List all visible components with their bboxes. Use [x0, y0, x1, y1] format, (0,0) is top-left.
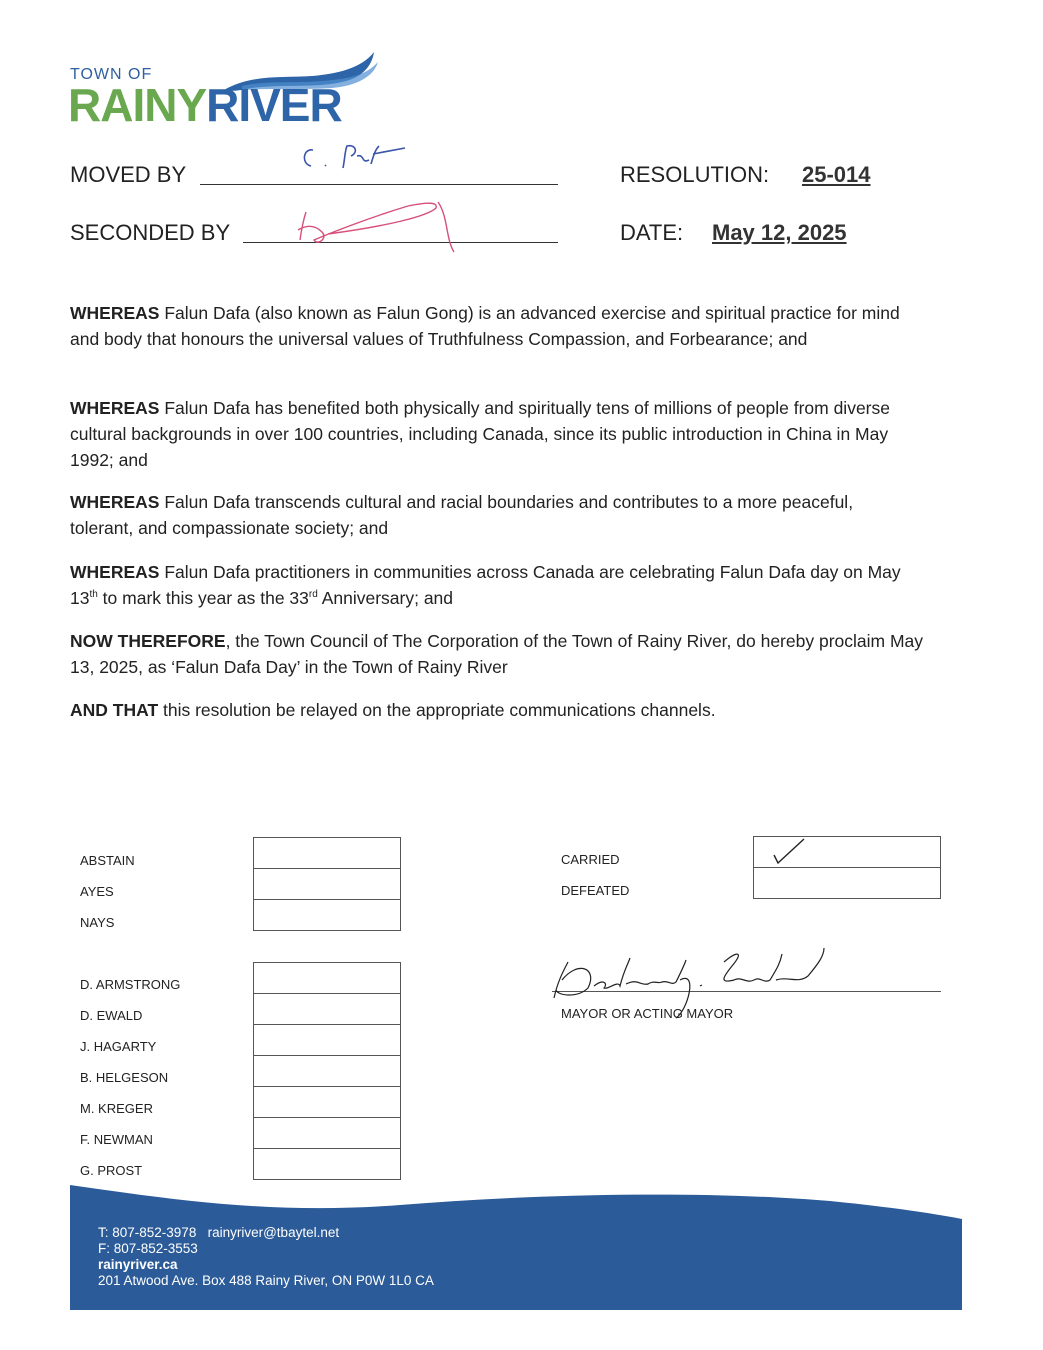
- councillor-vote-box[interactable]: [253, 1117, 401, 1149]
- whereas-paragraph-2: WHEREAS Falun Dafa has benefited both ph…: [70, 395, 930, 473]
- abstain-box[interactable]: [253, 837, 401, 869]
- ayes-label: AYES: [80, 884, 114, 899]
- logo-wordmark: RAINYRIVER: [68, 82, 342, 128]
- logo-river: RIVER: [206, 79, 342, 131]
- councillor-vote-box[interactable]: [253, 1055, 401, 1087]
- nays-label: NAYS: [80, 915, 114, 930]
- moved-by-line: [200, 150, 558, 185]
- footer-fax: F: 807-852-3553: [98, 1241, 198, 1257]
- nays-box[interactable]: [253, 899, 401, 931]
- councillor-name: G. PROST: [80, 1163, 142, 1178]
- whereas-paragraph-3: WHEREAS Falun Dafa transcends cultural a…: [70, 489, 870, 541]
- councillor-name: B. HELGESON: [80, 1070, 168, 1085]
- defeated-label: DEFEATED: [561, 883, 629, 898]
- footer-banner: [70, 1185, 962, 1310]
- abstain-label: ABSTAIN: [80, 853, 135, 868]
- seconded-by-signature-icon: [288, 196, 468, 256]
- whereas-paragraph-1: WHEREAS Falun Dafa (also known as Falun …: [70, 300, 930, 352]
- whereas-paragraph-4: WHEREAS Falun Dafa practitioners in comm…: [70, 559, 930, 611]
- councillor-vote-box[interactable]: [253, 1024, 401, 1056]
- councillor-name: M. KREGER: [80, 1101, 153, 1116]
- resolution-number: 25-014: [802, 162, 871, 188]
- mayor-label: MAYOR OR ACTING MAYOR: [561, 1006, 733, 1021]
- councillor-name: D. EWALD: [80, 1008, 142, 1023]
- defeated-box[interactable]: [753, 867, 941, 899]
- resolution-label: RESOLUTION:: [620, 162, 769, 188]
- councillor-vote-box[interactable]: [253, 993, 401, 1025]
- moved-by-label: MOVED BY: [70, 162, 186, 188]
- seconded-by-label: SECONDED BY: [70, 220, 230, 246]
- checkmark-icon: [770, 837, 810, 867]
- councillor-name: D. ARMSTRONG: [80, 977, 180, 992]
- councillor-vote-box[interactable]: [253, 1148, 401, 1180]
- footer-phone: T: 807-852-3978: [98, 1225, 196, 1240]
- moved-by-signature-icon: [295, 142, 435, 178]
- footer-contact-line: T: 807-852-3978 rainyriver@tbaytel.net: [98, 1225, 339, 1241]
- ayes-box[interactable]: [253, 868, 401, 900]
- logo-rainy: RAINY: [68, 79, 206, 131]
- carried-box[interactable]: [753, 836, 941, 868]
- date-value: May 12, 2025: [712, 220, 847, 246]
- councillor-vote-box[interactable]: [253, 962, 401, 994]
- councillor-name: J. HAGARTY: [80, 1039, 156, 1054]
- footer-address: 201 Atwood Ave. Box 488 Rainy River, ON …: [98, 1273, 434, 1289]
- footer-website[interactable]: rainyriver.ca: [98, 1257, 178, 1273]
- now-therefore-paragraph: NOW THEREFORE, the Town Council of The C…: [70, 628, 930, 680]
- and-that-paragraph: AND THAT this resolution be relayed on t…: [70, 697, 930, 723]
- carried-label: CARRIED: [561, 852, 620, 867]
- footer-email[interactable]: rainyriver@tbaytel.net: [208, 1225, 340, 1240]
- councillor-vote-box[interactable]: [253, 1086, 401, 1118]
- seconded-by-line: [243, 208, 558, 243]
- date-label: DATE:: [620, 220, 683, 246]
- councillor-name: F. NEWMAN: [80, 1132, 153, 1147]
